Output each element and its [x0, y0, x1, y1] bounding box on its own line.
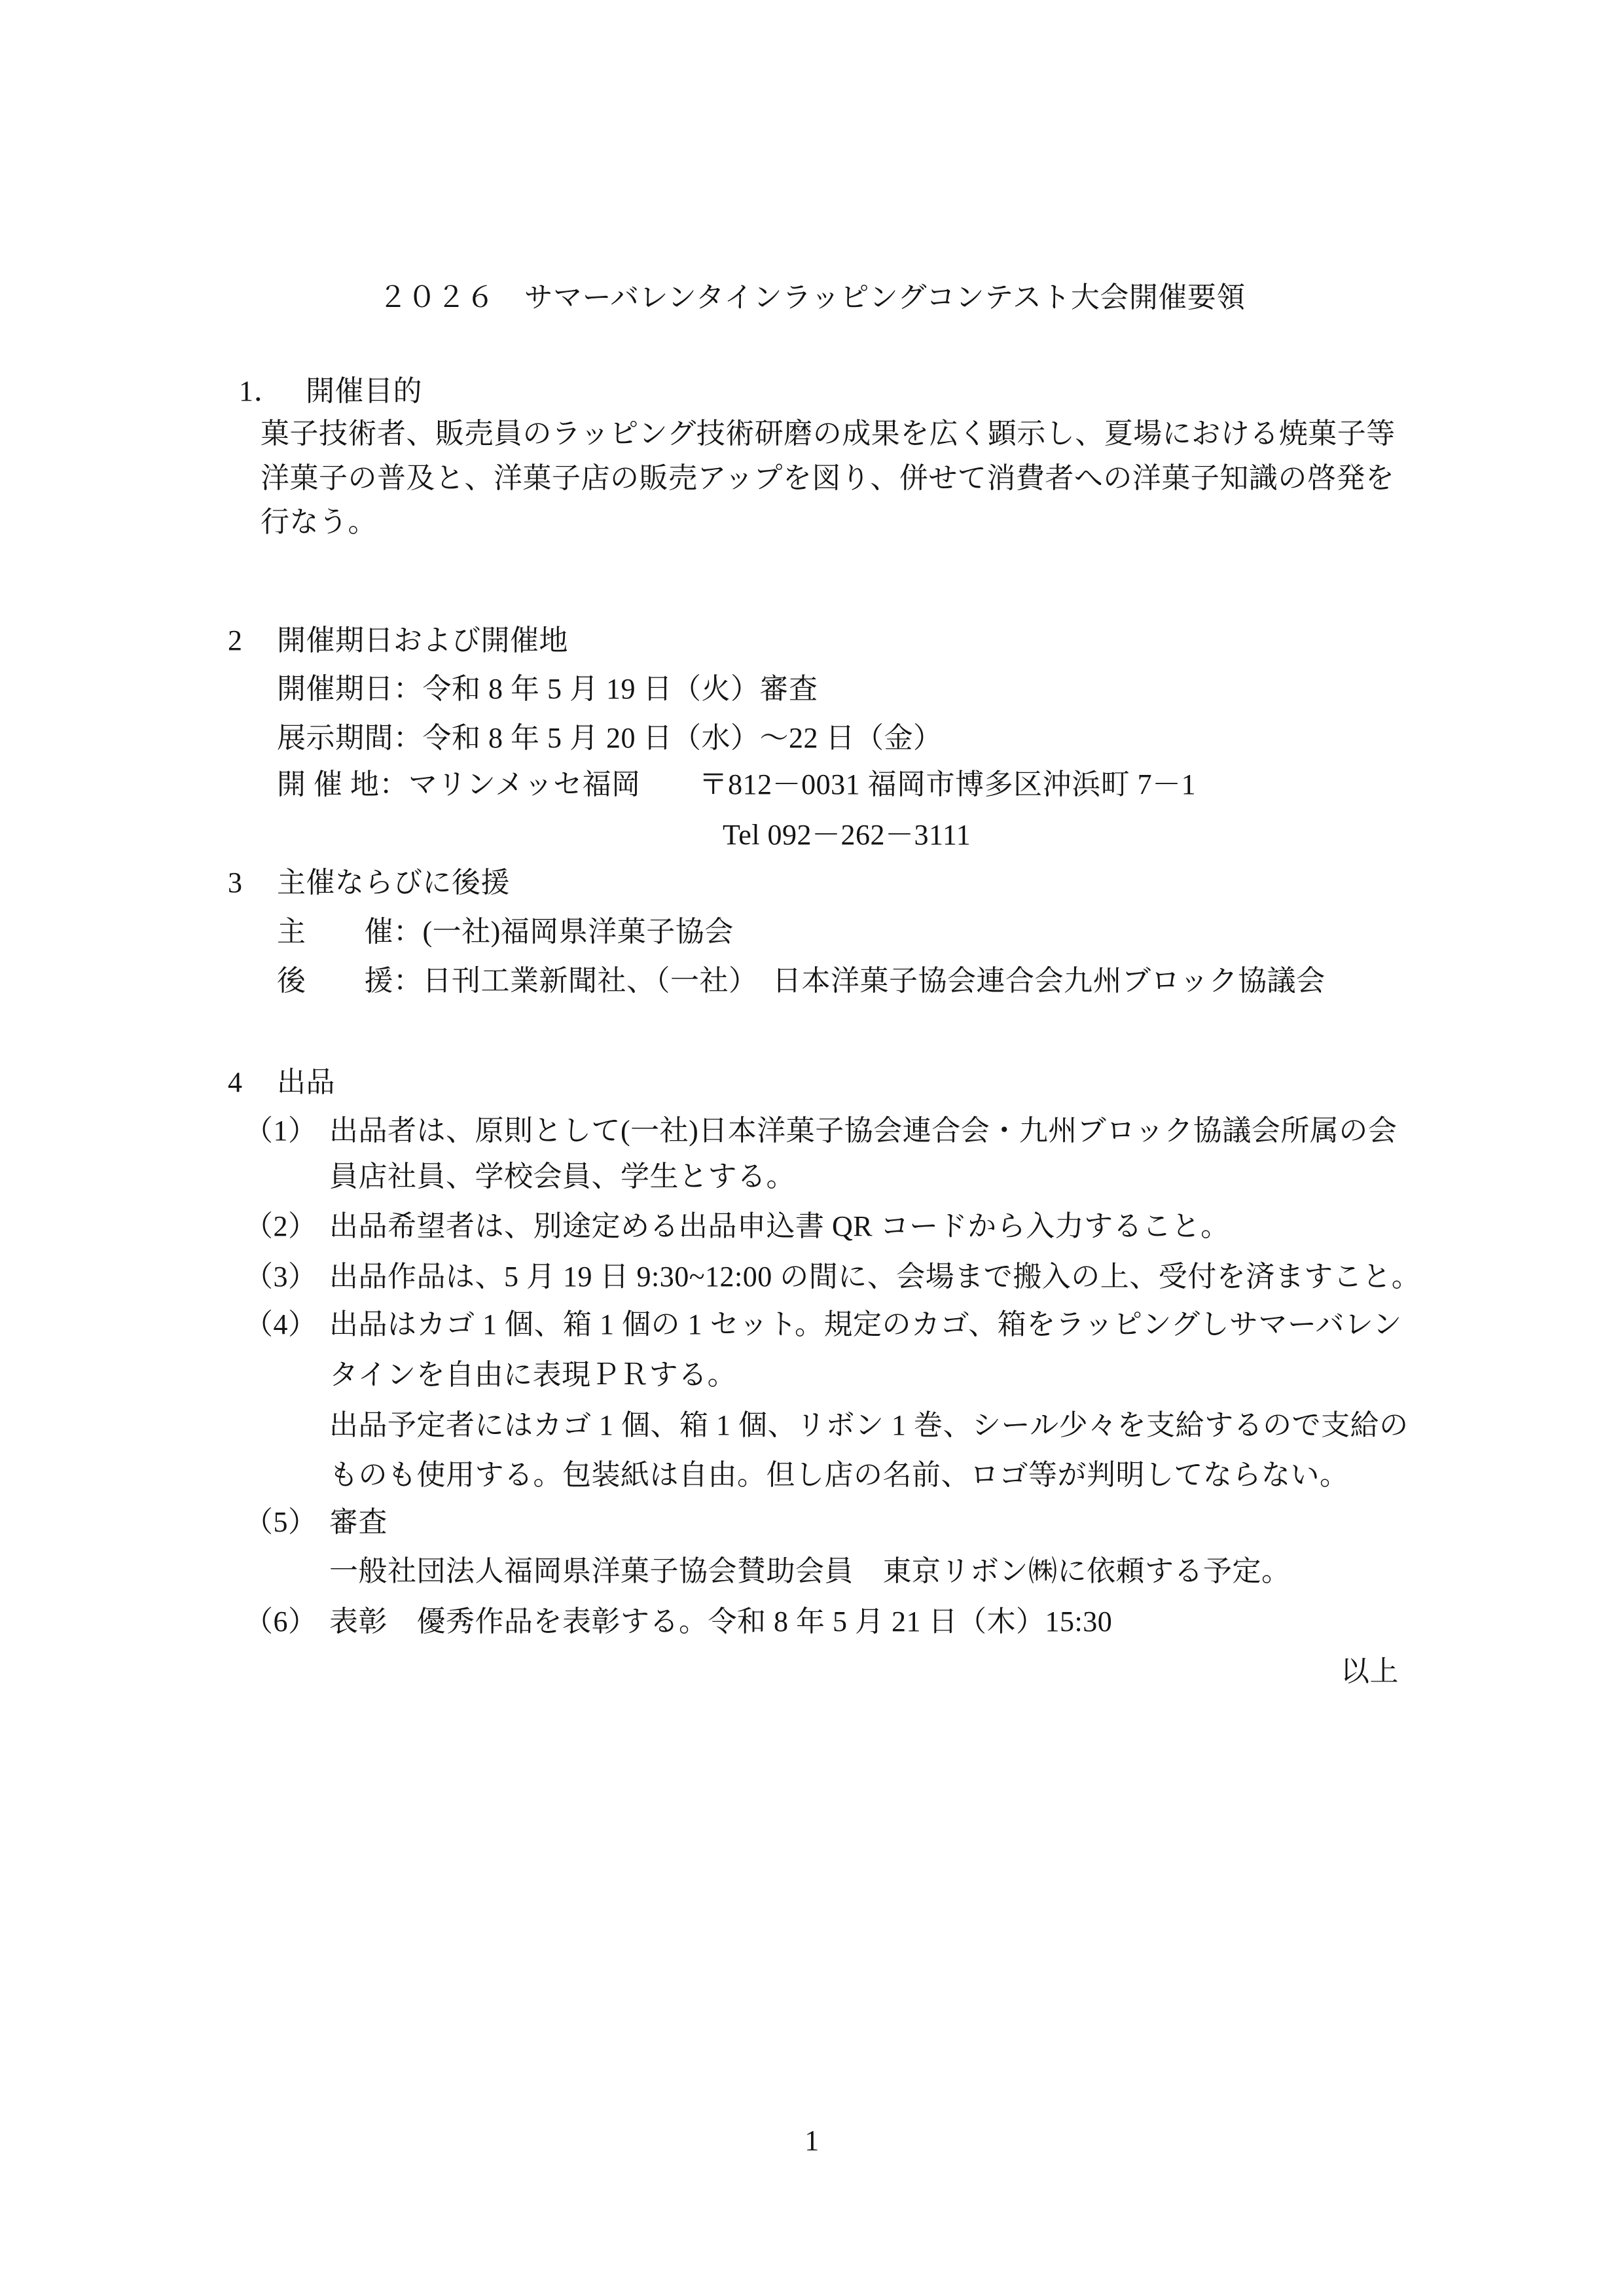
- tel-line: Tel 092－262－3111: [723, 810, 971, 859]
- item-1-line-2: 員店社員、学校会員、学生とする。: [329, 1152, 795, 1201]
- venue-line: 開 催 地：マリンメッセ福岡 〒812－0031 福岡市博多区沖浜町 7－1: [277, 760, 1196, 809]
- item-2-marker: （2）: [244, 1202, 329, 1251]
- item-2-line-1: （2）出品希望者は、別途定める出品申込書 QR コードから入力すること。: [244, 1202, 1230, 1251]
- item-5-line-1: （5）審査: [244, 1498, 388, 1547]
- item-1-text-1: 出品者は、原則として(一社)日本洋菓子協会連合会・九州ブロック協議会所属の会: [329, 1115, 1397, 1147]
- purpose-line-2: 洋菓子の普及と、洋菓子店の販売アップを図り、併せて消費者への洋菓子知識の啓発を: [261, 454, 1394, 503]
- item-4-line-2: タインを自由に表現ＰＲする。: [329, 1350, 736, 1399]
- section2-heading-label: 開催期日および開催地: [277, 624, 568, 656]
- item-3-line-1: （3）出品作品は、5 月 19 日 9:30~12:00 の間に、会場まで搬入の…: [244, 1252, 1420, 1301]
- item-6-marker: （6）: [244, 1597, 329, 1646]
- exhibit-period-line: 展示期間：令和 8 年 5 月 20 日（水）～22 日（金）: [277, 713, 943, 762]
- item-5-line-2: 一般社団法人福岡県洋菓子協会賛助会員 東京リボン㈱に依頼する予定。: [329, 1547, 1291, 1596]
- item-2-text-1: 出品希望者は、別途定める出品申込書 QR コードから入力すること。: [329, 1210, 1230, 1242]
- section1-heading: 1．開催目的: [239, 367, 422, 416]
- item-3-marker: （3）: [244, 1252, 329, 1301]
- section4-heading: 4出品: [228, 1058, 335, 1107]
- section1-number: 1．: [239, 367, 306, 416]
- page-number: 1: [0, 2116, 1624, 2165]
- item-4-text-1: 出品はカゴ 1 個、箱 1 個の 1 セット。規定のカゴ、箱をラッピングしサマー…: [329, 1308, 1402, 1340]
- item-1-line-1: （1）出品者は、原則として(一社)日本洋菓子協会連合会・九州ブロック協議会所属の…: [244, 1106, 1397, 1155]
- item-6-text-1: 表彰 優秀作品を表彰する。令和 8 年 5 月 21 日（木）15:30: [329, 1605, 1112, 1638]
- section4-number: 4: [228, 1058, 277, 1107]
- closing-statement: 以上: [239, 1647, 1399, 1696]
- purpose-line-3: 行なう。: [261, 497, 377, 547]
- section3-heading: 3主催ならびに後援: [228, 858, 510, 907]
- event-date-line: 開催期日：令和 8 年 5 月 19 日（火）審査: [277, 664, 818, 713]
- section4-heading-label: 出品: [277, 1066, 335, 1098]
- purpose-line-1: 菓子技術者、販売員のラッピング技術研磨の成果を広く顕示し、夏場における焼菓子等: [261, 409, 1396, 458]
- organizer-line: 主 催：(一社)福岡県洋菓子協会: [277, 907, 734, 956]
- section3-heading-label: 主催ならびに後援: [277, 867, 510, 899]
- item-1-marker: （1）: [244, 1106, 329, 1155]
- item-4-marker: （4）: [244, 1300, 329, 1349]
- item-4-line-1: （4）出品はカゴ 1 個、箱 1 個の 1 セット。規定のカゴ、箱をラッピングし…: [244, 1300, 1402, 1349]
- item-5-text-1: 審査: [329, 1506, 388, 1538]
- document-title: ２０２６ サマーバレンタインラッピングコンテスト大会開催要領: [0, 273, 1624, 322]
- supporter-line: 後 援：日刊工業新聞社、（一社） 日本洋菓子協会連合会九州ブロック協議会: [277, 956, 1326, 1005]
- section2-number: 2: [228, 616, 277, 665]
- item-5-marker: （5）: [244, 1498, 329, 1547]
- section2-heading: 2開催期日および開催地: [228, 616, 568, 665]
- section3-number: 3: [228, 858, 277, 907]
- item-6-line-1: （6）表彰 優秀作品を表彰する。令和 8 年 5 月 21 日（木）15:30: [244, 1597, 1112, 1646]
- item-4-line-4: ものも使用する。包装紙は自由。但し店の名前、ロゴ等が判明してならない。: [329, 1450, 1349, 1499]
- item-4-line-3: 出品予定者にはカゴ 1 個、箱 1 個、リボン 1 巻、シール少々を支給するので…: [329, 1401, 1409, 1450]
- item-3-text-1: 出品作品は、5 月 19 日 9:30~12:00 の間に、会場まで搬入の上、受…: [329, 1261, 1420, 1293]
- document-page: ２０２６ サマーバレンタインラッピングコンテスト大会開催要領 1．開催目的 菓子…: [0, 0, 1624, 2296]
- section1-heading-label: 開催目的: [306, 375, 422, 407]
